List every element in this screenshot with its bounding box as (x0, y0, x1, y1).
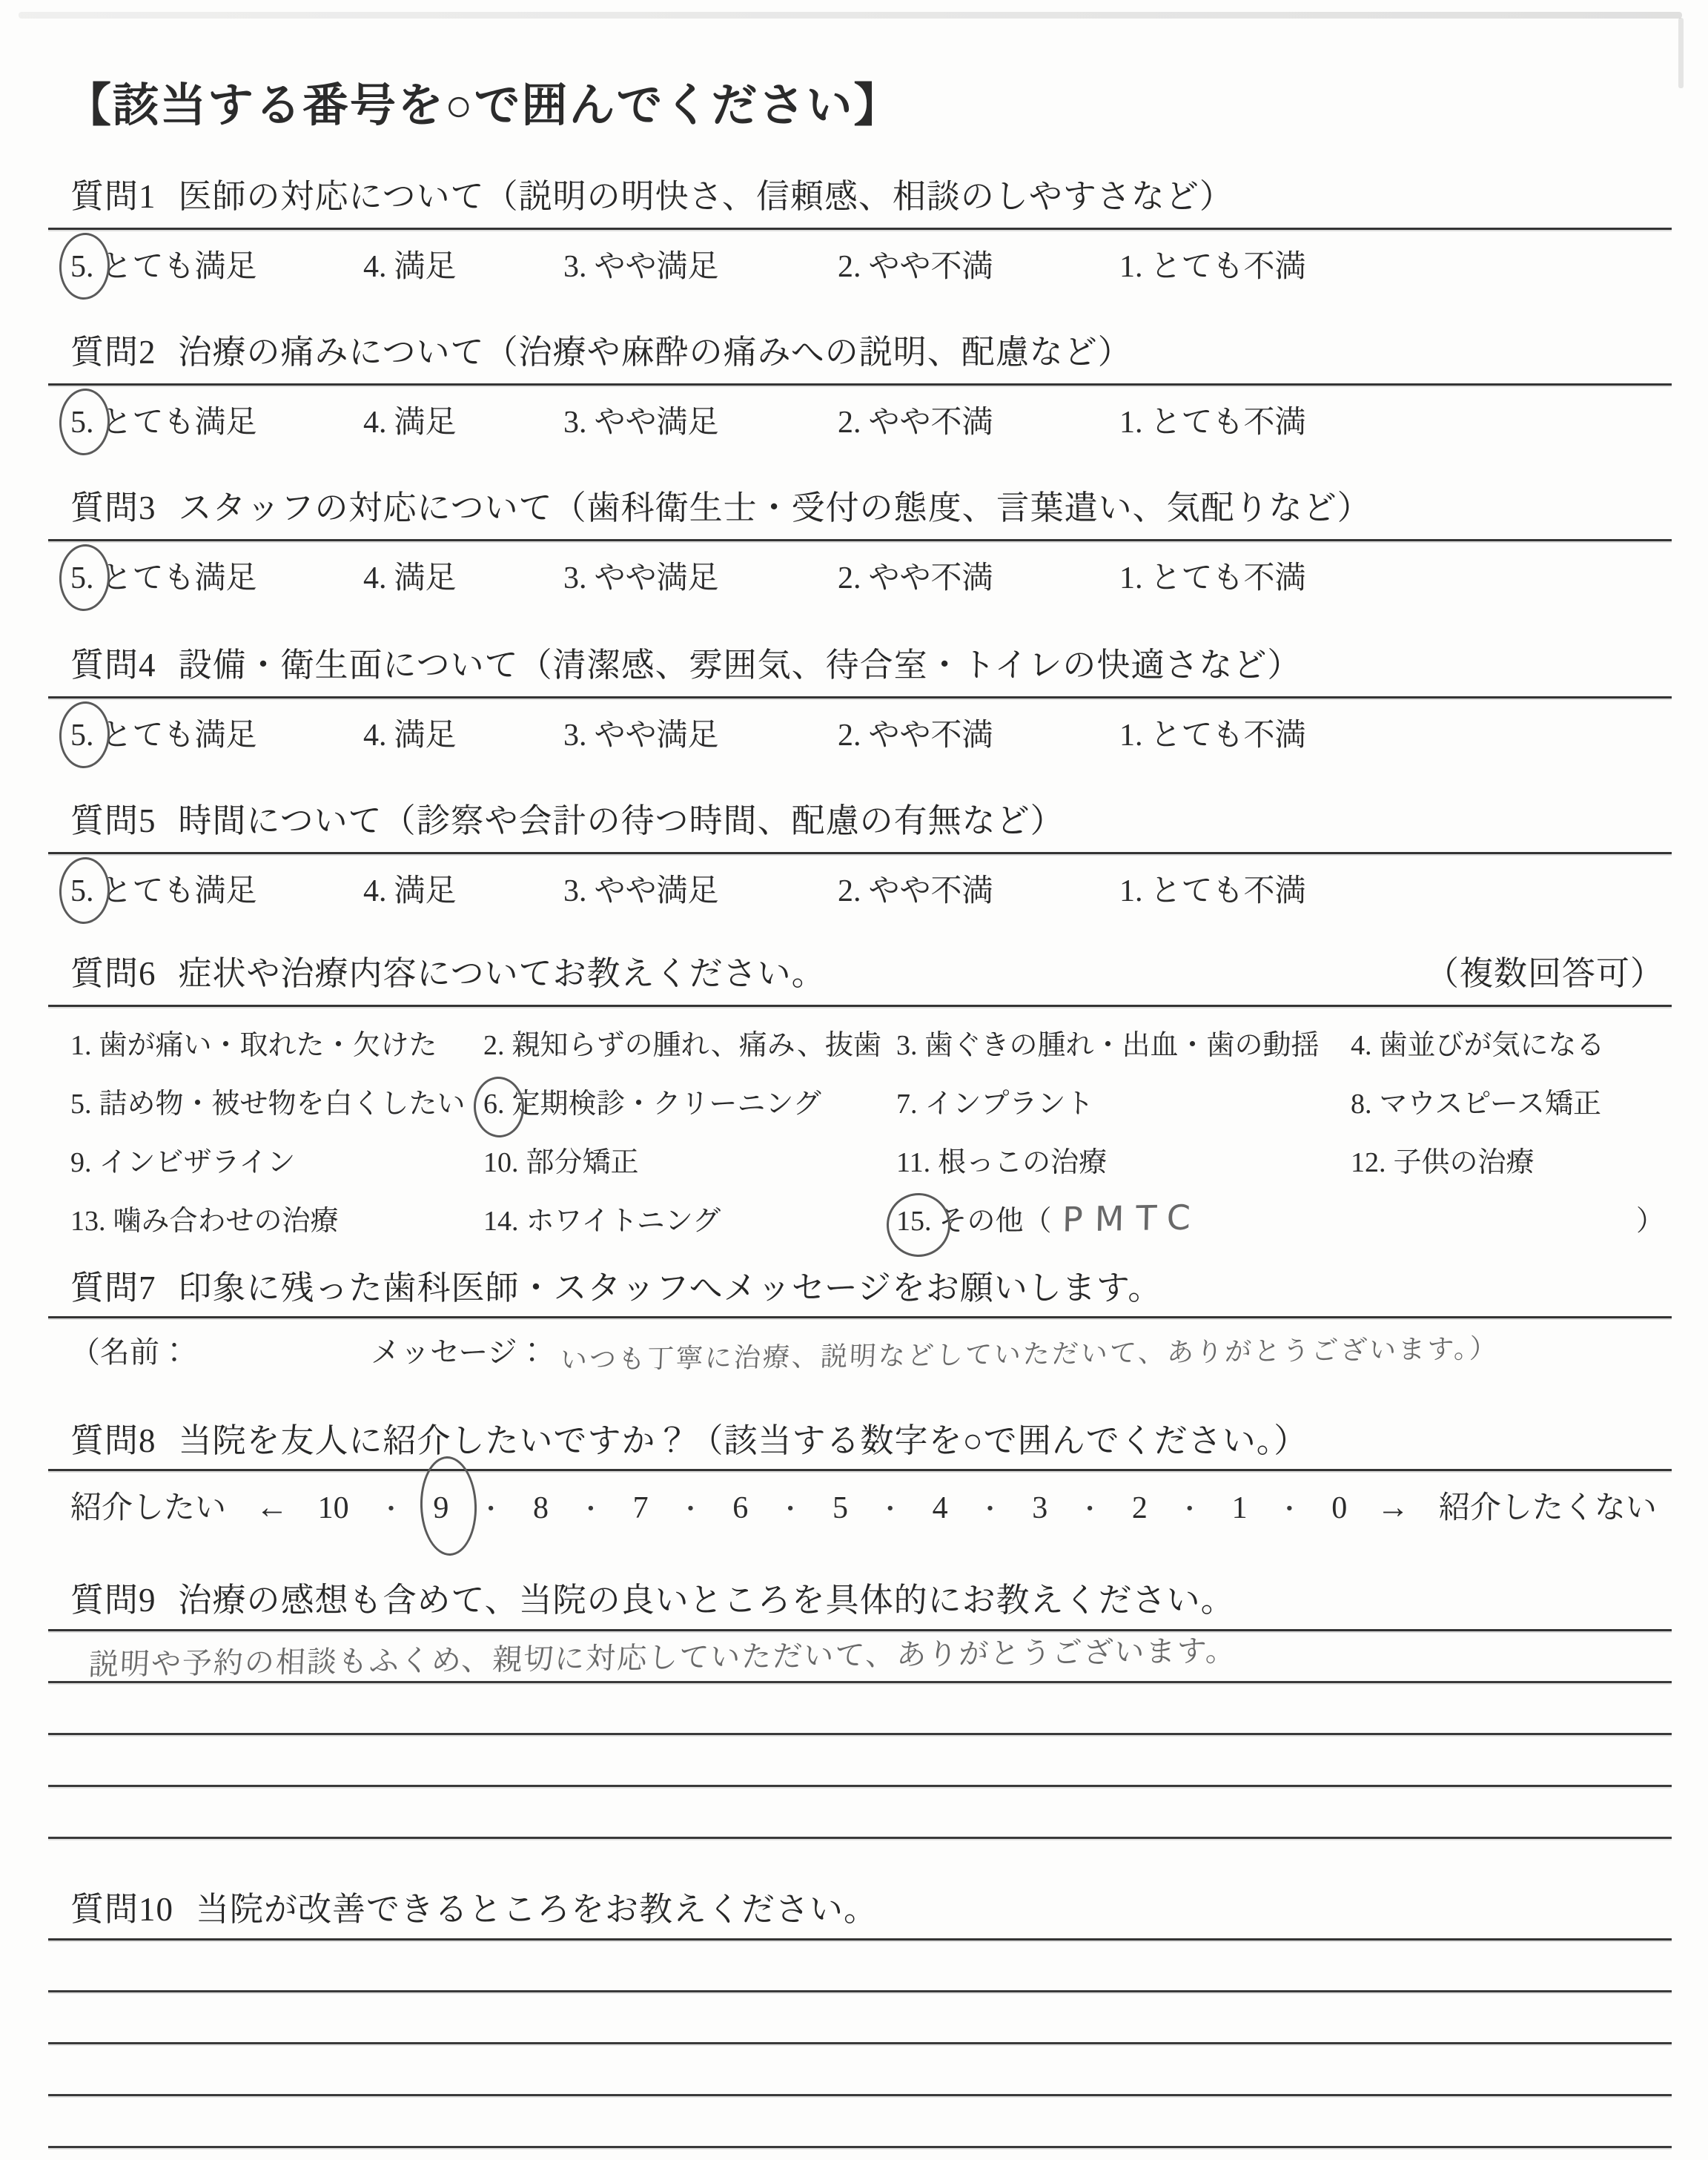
q6-item-2: 2.親知らずの腫れ、痛み、抜歯 (483, 1022, 896, 1063)
scale-0: 0 (1331, 1490, 1347, 1526)
handwritten-other-answer: PMTC (1062, 1197, 1202, 1239)
rating-option-4: 4.満足 (363, 242, 563, 286)
question-7-block: 質問7印象に残った歯科医師・スタッフへメッセージをお願いします。 （名前： メッ… (70, 1269, 1664, 1371)
dot-separator: ・ (678, 1489, 703, 1525)
dot-separator: ・ (878, 1489, 903, 1525)
question-6-text: 症状や治療内容についてお教えください。 (179, 955, 826, 992)
q6-item-7: 7.インプラント (896, 1080, 1351, 1121)
divider-line (48, 228, 1672, 230)
rating-option-2: 2.やや不満 (838, 242, 1119, 286)
question-1-block: 質問1医師の対応について（説明の明快さ、信頼感、相談のしやすさなど） 5.とても… (70, 178, 1664, 286)
question-10-label: 質問10 (70, 1891, 173, 1928)
question-3-label: 質問3 (70, 489, 156, 526)
q6-item-11: 11.根っこの治療 (896, 1139, 1351, 1180)
divider-line (48, 539, 1672, 541)
rating-option-4: 4.満足 (363, 866, 563, 911)
divider-line (48, 1005, 1672, 1007)
question-10-text: 当院が改善できるところをお教えください。 (196, 1891, 878, 1928)
answer-line (48, 1735, 1672, 1787)
right-arrow: → (1377, 1488, 1409, 1526)
question-2-label: 質問2 (70, 334, 156, 371)
question-5-heading: 質問5時間について（診察や会計の待つ時間、配慮の有無など） (70, 802, 1664, 841)
question-6-heading: 質問6症状や治療内容についてお教えください。 （複数回答可） (70, 955, 1664, 994)
scanned-survey-form: 【該当する番号を○で囲んでください】 質問1医師の対応について（説明の明快さ、信… (0, 0, 1708, 2160)
divider-line (48, 696, 1672, 698)
handwritten-message: いつも丁寧に治療、説明などしていただいて、ありがとうございます。） (560, 1326, 1665, 1377)
scale-7: 7 (633, 1490, 649, 1526)
answer-line (48, 1992, 1672, 2044)
question-2-options: 5.とても満足 4.満足 3.やや満足 2.やや不満 1.とても不満 (70, 397, 1664, 442)
scan-artifact-right (1678, 18, 1684, 88)
question-4-heading: 質問4設備・衛生面について（清潔感、雰囲気、待合室・トイレの快適さなど） (70, 647, 1664, 685)
question-3-block: 質問3スタッフの対応について（歯科衛生士・受付の態度、言葉遣い、気配りなど） 5… (70, 489, 1664, 598)
question-7-label: 質問7 (70, 1269, 156, 1307)
question-2-heading: 質問2治療の痛みについて（治療や麻酔の痛みへの説明、配慮など） (70, 334, 1664, 372)
question-4-block: 質問4設備・衛生面について（清潔感、雰囲気、待合室・トイレの快適さなど） 5.と… (70, 647, 1664, 755)
left-arrow: ← (256, 1488, 288, 1526)
question-5-label: 質問5 (70, 802, 156, 839)
question-9-heading: 質問9治療の感想も含めて、当院の良いところを具体的にお教えください。 (70, 1582, 1664, 1620)
dot-separator: ・ (1077, 1489, 1102, 1525)
question-3-heading: 質問3スタッフの対応について（歯科衛生士・受付の態度、言葉遣い、気配りなど） (70, 489, 1664, 528)
q6-item-6-circled: 6.定期検診・クリーニング (483, 1080, 896, 1121)
divider-line (48, 383, 1672, 386)
dot-separator: ・ (478, 1489, 503, 1525)
message-field-label: メッセージ： (371, 1329, 547, 1371)
dot-separator: ・ (1177, 1489, 1202, 1525)
question-6-options-grid: 1.歯が痛い・取れた・欠けた 2.親知らずの腫れ、痛み、抜歯 3.歯ぐきの腫れ・… (70, 1022, 1664, 1238)
scale-right-label: 紹介したくない (1439, 1483, 1657, 1527)
answer-line (48, 2096, 1672, 2148)
divider-line (48, 1316, 1672, 1318)
rating-option-5: 5.とても満足 (70, 710, 363, 755)
rating-option-2: 2.やや不満 (838, 397, 1119, 442)
question-10-heading: 質問10当院が改善できるところをお教えください。 (70, 1891, 1664, 1929)
question-8-label: 質問8 (70, 1422, 156, 1459)
rating-option-2: 2.やや不満 (838, 866, 1119, 911)
answer-line (48, 1683, 1672, 1735)
rating-option-3: 3.やや満足 (563, 866, 838, 911)
question-9-label: 質問9 (70, 1582, 156, 1619)
dot-separator: ・ (778, 1489, 803, 1525)
q6-item-1: 1.歯が痛い・取れた・欠けた (70, 1022, 483, 1063)
rating-option-4: 4.満足 (363, 710, 563, 755)
answer-line (48, 2044, 1672, 2096)
rating-option-1: 1.とても不満 (1119, 710, 1664, 755)
q6-item-5: 5.詰め物・被せ物を白くしたい (70, 1080, 483, 1121)
scale-10: 10 (318, 1490, 349, 1526)
question-8-block: 質問8当院を友人に紹介したいですか？（該当する数字を○で囲んでください。） 紹介… (70, 1422, 1664, 1527)
rating-option-3: 3.やや満足 (563, 710, 838, 755)
closing-paren: ） (1636, 1198, 1664, 1238)
question-1-text: 医師の対応について（説明の明快さ、信頼感、相談のしやすさなど） (179, 178, 1234, 215)
scale-left-label: 紹介したい (70, 1483, 226, 1527)
scale-6: 6 (732, 1490, 748, 1526)
scale-3: 3 (1032, 1490, 1047, 1526)
rating-option-5: 5.とても満足 (70, 553, 363, 598)
rating-option-3: 3.やや満足 (563, 242, 838, 286)
question-2-block: 質問2治療の痛みについて（治療や麻酔の痛みへの説明、配慮など） 5.とても満足 … (70, 334, 1664, 442)
rating-option-2: 2.やや不満 (838, 710, 1119, 755)
q6-item-12: 12.子供の治療 (1351, 1139, 1664, 1180)
q6-item-9: 9.インビザライン (70, 1139, 483, 1180)
q6-item-13: 13.噛み合わせの治療 (70, 1198, 483, 1238)
dot-separator: ・ (1277, 1489, 1302, 1525)
question-5-block: 質問5時間について（診察や会計の待つ時間、配慮の有無など） 5.とても満足 4.… (70, 802, 1664, 911)
q6-item-15-circled: 15. その他（ PMTC ） (896, 1198, 1664, 1238)
question-1-options: 5.とても満足 4.満足 3.やや満足 2.やや不満 1.とても不満 (70, 242, 1664, 286)
scale-2: 2 (1132, 1490, 1148, 1526)
q6-item-4: 4.歯並びが気になる (1351, 1022, 1664, 1063)
rating-option-4: 4.満足 (363, 553, 563, 598)
rating-option-1: 1.とても不満 (1119, 242, 1664, 286)
scale-4: 4 (933, 1490, 948, 1526)
scale-8: 8 (533, 1490, 549, 1526)
handwritten-answer: 説明や予約の相談もふくめ、親切に対応していただいて、ありがとうございます。 (88, 1627, 1238, 1683)
question-9-text: 治療の感想も含めて、当院の良いところを具体的にお教えください。 (179, 1582, 1235, 1619)
q6-item-14: 14.ホワイトニング (483, 1198, 896, 1238)
question-6-label: 質問6 (70, 955, 156, 992)
rating-option-1: 1.とても不満 (1119, 866, 1664, 911)
q6-item-8: 8.マウスピース矯正 (1351, 1080, 1664, 1121)
rating-option-5: 5.とても満足 (70, 242, 363, 286)
multi-answer-note: （複数回答可） (1426, 955, 1664, 994)
scale-5: 5 (833, 1490, 848, 1526)
name-field-label: （名前： (70, 1329, 371, 1371)
divider-line (48, 852, 1672, 854)
question-7-heading: 質問7印象に残った歯科医師・スタッフへメッセージをお願いします。 (70, 1269, 1664, 1308)
question-5-options: 5.とても満足 4.満足 3.やや満足 2.やや不満 1.とても不満 (70, 866, 1664, 911)
dot-separator: ・ (578, 1489, 603, 1525)
answer-line (48, 1787, 1672, 1839)
q6-item-10: 10.部分矯正 (483, 1139, 896, 1180)
question-3-options: 5.とても満足 4.満足 3.やや満足 2.やや不満 1.とても不満 (70, 553, 1664, 598)
rating-option-2: 2.やや不満 (838, 553, 1119, 598)
question-8-heading: 質問8当院を友人に紹介したいですか？（該当する数字を○で囲んでください。） (70, 1422, 1664, 1461)
recommend-scale-row: 紹介したい ← 10 ・ 9 ・ 8 ・ 7 ・ 6 ・ 5 ・ 4 ・ 3 ・… (70, 1483, 1664, 1527)
rating-option-3: 3.やや満足 (563, 397, 838, 442)
rating-option-1: 1.とても不満 (1119, 397, 1664, 442)
question-7-text: 印象に残った歯科医師・スタッフへメッセージをお願いします。 (179, 1269, 1162, 1307)
page-title: 【該当する番号を○で囲んでください】 (65, 68, 901, 134)
question-10-block: 質問10当院が改善できるところをお教えください。 (70, 1891, 1664, 2148)
question-4-options: 5.とても満足 4.満足 3.やや満足 2.やや不満 1.とても不満 (70, 710, 1664, 755)
dot-separator: ・ (379, 1489, 404, 1525)
question-9-block: 質問9治療の感想も含めて、当院の良いところを具体的にお教えください。 説明や予約… (70, 1582, 1664, 1839)
rating-option-3: 3.やや満足 (563, 553, 838, 598)
rating-option-1: 1.とても不満 (1119, 553, 1664, 598)
question-4-text: 設備・衛生面について（清潔感、雰囲気、待合室・トイレの快適さなど） (179, 647, 1302, 684)
question-5-text: 時間について（診察や会計の待つ時間、配慮の有無など） (179, 802, 1065, 839)
question-3-text: スタッフの対応について（歯科衛生士・受付の態度、言葉遣い、気配りなど） (179, 489, 1371, 526)
question-1-heading: 質問1医師の対応について（説明の明快さ、信頼感、相談のしやすさなど） (70, 178, 1664, 217)
answer-line: 説明や予約の相談もふくめ、親切に対応していただいて、ありがとうございます。 (48, 1631, 1672, 1683)
rating-option-5: 5.とても満足 (70, 397, 363, 442)
dot-separator: ・ (977, 1489, 1002, 1525)
name-message-row: （名前： メッセージ： いつも丁寧に治療、説明などしていただいて、ありがとうござ… (70, 1329, 1664, 1371)
rating-option-5: 5.とても満足 (70, 866, 363, 911)
question-8-text: 当院を友人に紹介したいですか？（該当する数字を○で囲んでください。） (179, 1422, 1308, 1459)
divider-line (48, 1469, 1672, 1471)
scale-1: 1 (1232, 1490, 1248, 1526)
question-1-label: 質問1 (70, 178, 156, 215)
rating-option-4: 4.満足 (363, 397, 563, 442)
scan-artifact-top (19, 12, 1682, 19)
q6-item-3: 3.歯ぐきの腫れ・出血・歯の動揺 (896, 1022, 1351, 1063)
scale-9-circled: 9 (433, 1490, 448, 1526)
question-4-label: 質問4 (70, 647, 156, 684)
answer-line (48, 1941, 1672, 1992)
question-6-block: 質問6症状や治療内容についてお教えください。 （複数回答可） 1.歯が痛い・取れ… (70, 955, 1664, 1238)
question-2-text: 治療の痛みについて（治療や麻酔の痛みへの説明、配慮など） (179, 334, 1132, 371)
